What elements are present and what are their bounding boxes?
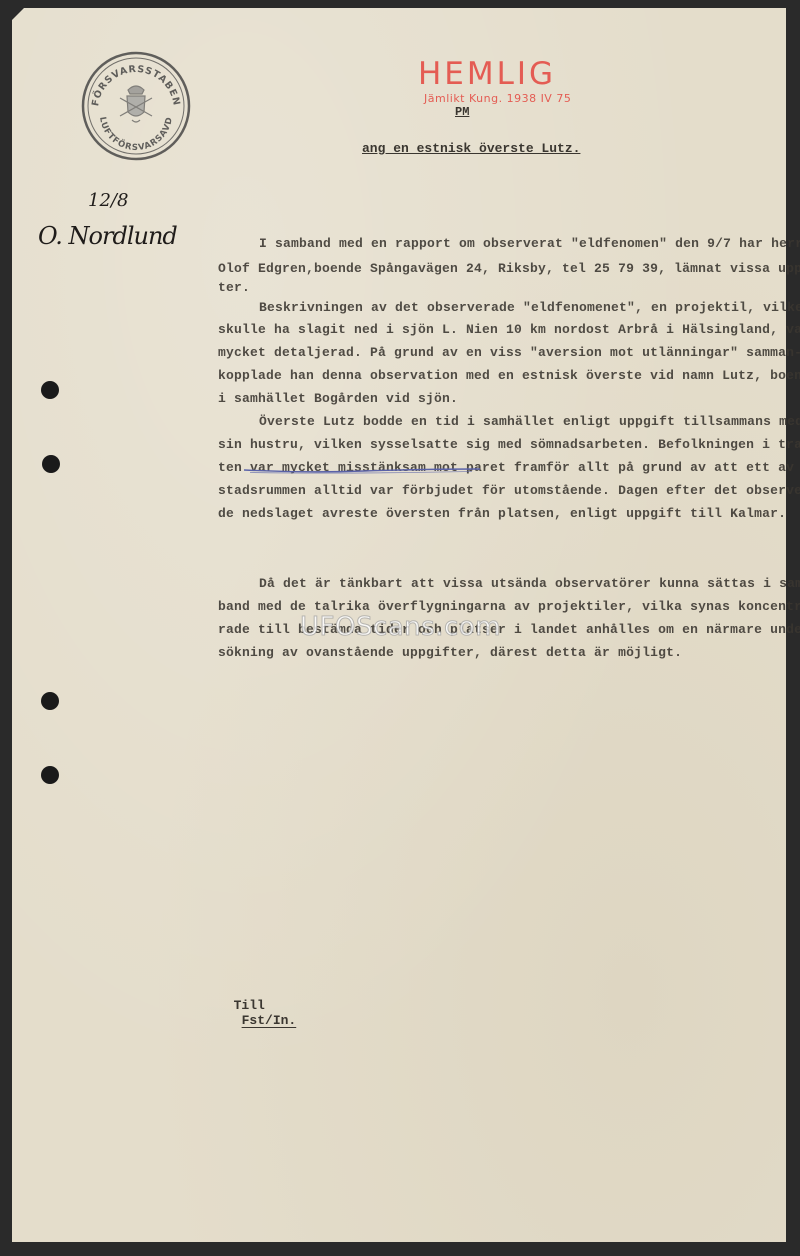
body-line: Då det är tänkbart att vissa utsända obs… <box>259 576 800 591</box>
punch-hole <box>41 692 59 710</box>
body-line: kopplade han denna observation med en es… <box>218 368 800 383</box>
body-line: I samband med en rapport om observerat "… <box>259 236 800 251</box>
body-line: Beskrivningen av det observerade "eldfen… <box>259 300 800 315</box>
body-line: skulle ha slagit ned i sjön L. Nien 10 k… <box>218 322 800 337</box>
folded-corner <box>12 8 24 20</box>
body-line: i samhället Bogården vid sjön. <box>218 391 458 406</box>
handwritten-signature: O. Nordlund <box>38 222 177 250</box>
forsvarsstaben-stamp-icon: FÖRSVARSSTABEN LUFTFÖRSVARSAVD <box>80 50 192 162</box>
body-line: sin hustru, vilken sysselsatte sig med s… <box>218 437 800 452</box>
recipient-line: Till Fst/In. <box>218 983 296 1028</box>
document-subject: ang en estnisk överste Lutz. <box>362 141 580 156</box>
recipient-prefix: Till <box>234 998 265 1013</box>
punch-hole <box>41 381 59 399</box>
pen-underline-mark <box>244 468 480 474</box>
body-line: ter. <box>218 280 250 295</box>
classification-stamp: HEMLIG <box>418 56 556 92</box>
punch-hole <box>42 455 60 473</box>
document-type-label: PM <box>455 105 469 119</box>
body-line: sökning av ovanstående uppgifter, därest… <box>218 645 682 660</box>
body-line: stadsrummen alltid var förbjudet för uto… <box>218 483 800 498</box>
handwritten-date: 12/8 <box>88 190 128 211</box>
body-line: Olof Edgren,boende Spångavägen 24, Riksb… <box>218 261 800 276</box>
body-line: de nedslaget avreste översten från plats… <box>218 506 786 521</box>
watermark: UFOScans.com <box>300 612 501 642</box>
body-line: mycket detaljerad. På grund av en viss "… <box>218 345 800 360</box>
classification-reference: Jämlikt Kung. 1938 IV 75 <box>424 92 571 105</box>
recipient-name: Fst/In. <box>242 1013 297 1028</box>
body-line: Överste Lutz bodde en tid i samhället en… <box>259 414 800 429</box>
punch-hole <box>41 766 59 784</box>
